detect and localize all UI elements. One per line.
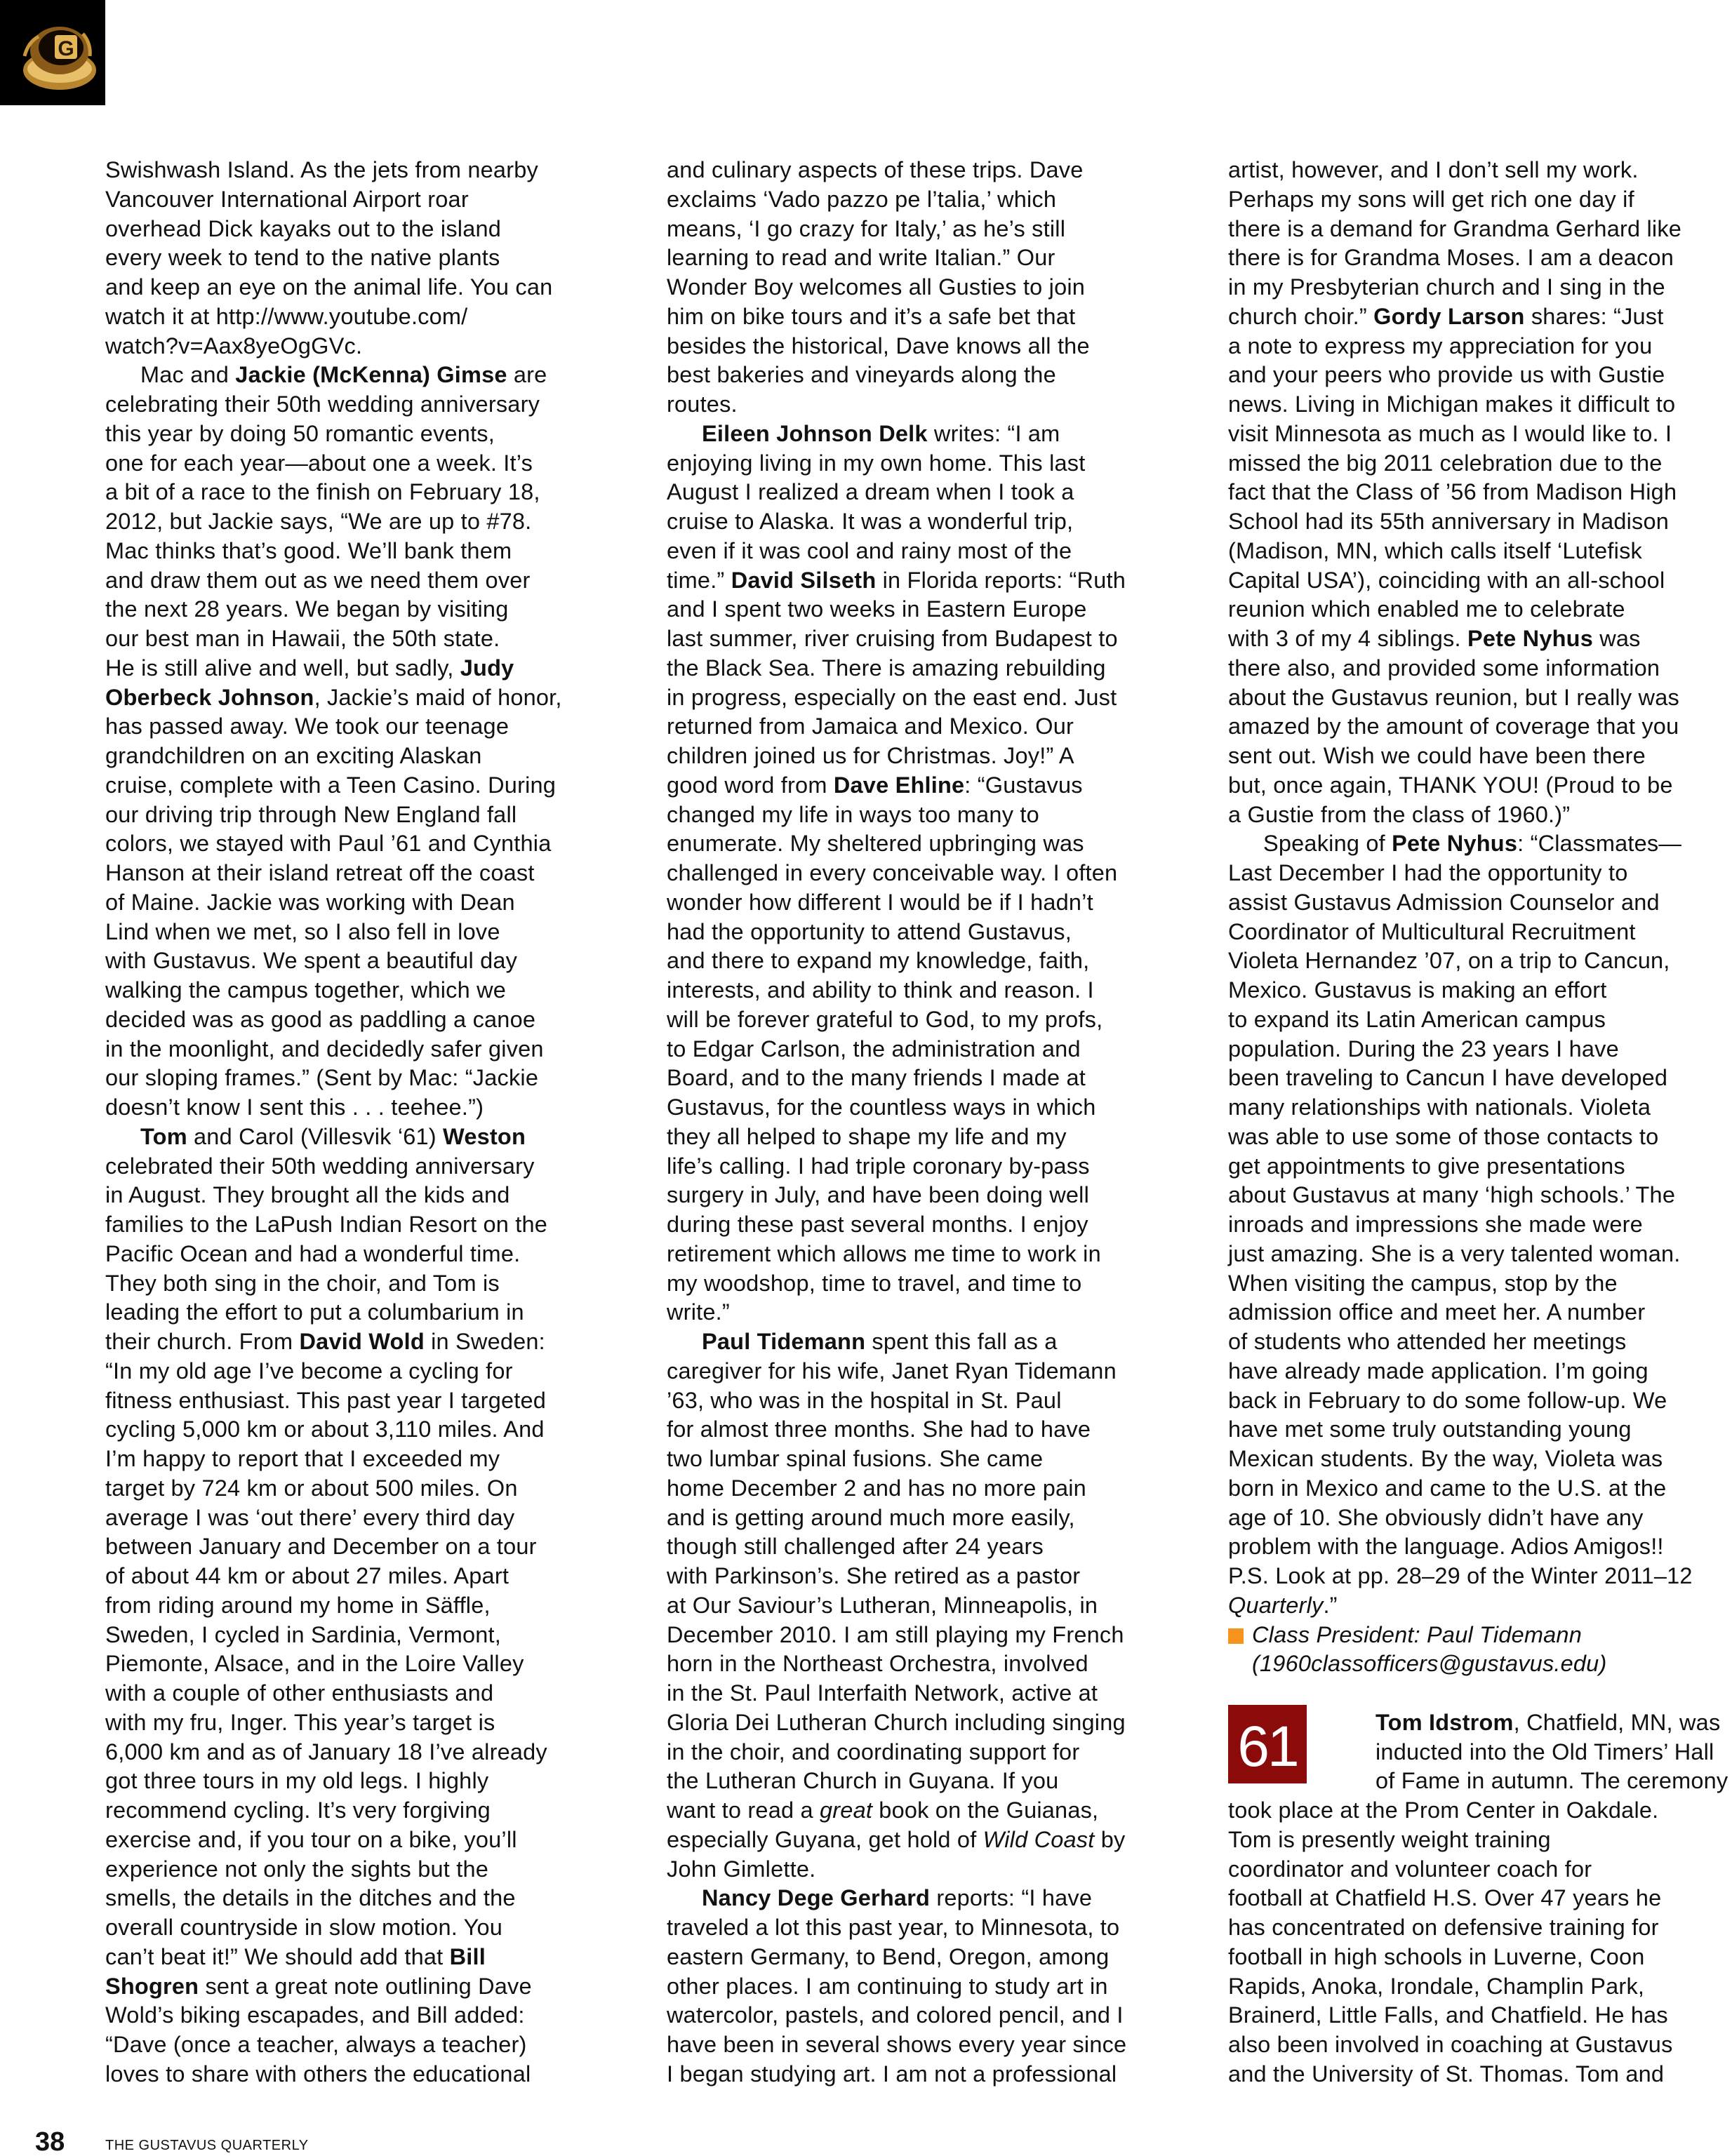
body-text: with 3 of my 4 siblings.	[1228, 626, 1467, 651]
body-text: changed my life in ways too many to	[667, 802, 1039, 827]
body-text: ’63, who was in the hospital in St. Paul	[667, 1388, 1062, 1413]
text-line: average I was ‘out there’ every third da…	[105, 1504, 625, 1533]
body-text: exercise and, if you tour on a bike, you…	[105, 1827, 517, 1852]
text-line: Tom is presently weight training	[1228, 1826, 1732, 1855]
person-name: Judy	[460, 655, 514, 681]
text-line: exercise and, if you tour on a bike, you…	[105, 1826, 625, 1855]
person-name: Tom	[140, 1124, 187, 1149]
body-text: are	[507, 362, 547, 387]
text-line: and there to expand my knowledge, faith,	[667, 946, 1186, 976]
body-text: I’m happy to report that I exceeded my	[105, 1446, 500, 1471]
body-text: our best man in Hawaii, the 50th state.	[105, 626, 500, 651]
body-text: 6,000 km and as of January 18 I’ve alrea…	[105, 1739, 547, 1765]
text-line: other places. I am continuing to study a…	[667, 1972, 1186, 2002]
text-line: Sweden, I cycled in Sardinia, Vermont,	[105, 1621, 625, 1650]
text-line: their church. From David Wold in Sweden:	[105, 1327, 625, 1357]
text-line: He is still alive and well, but sadly, J…	[105, 654, 625, 683]
person-name: Nancy Dege Gerhard	[702, 1885, 930, 1910]
text-line: every week to tend to the native plants	[105, 243, 625, 273]
body-text: returned from Jamaica and Mexico. Our	[667, 714, 1074, 739]
text-line: my woodshop, time to travel, and time to	[667, 1269, 1186, 1299]
body-text: Rapids, Anoka, Irondale, Champlin Park,	[1228, 1974, 1644, 1999]
text-line: admission office and meet her. A number	[1228, 1298, 1732, 1327]
body-text: the next 28 years. We began by visiting	[105, 596, 508, 622]
text-line: there is a demand for Grandma Gerhard li…	[1228, 215, 1732, 244]
body-text: age of 10. She obviously didn’t have any	[1228, 1505, 1644, 1530]
text-line: overhead Dick kayaks out to the island	[105, 215, 625, 244]
body-text: from riding around my home in Säffle,	[105, 1593, 491, 1618]
body-text: reports: “I have	[930, 1885, 1092, 1910]
body-text: Board, and to the many friends I made at	[667, 1065, 1086, 1090]
text-line: watercolor, pastels, and colored pencil,…	[667, 2001, 1186, 2030]
text-line: learning to read and write Italian.” Our	[667, 243, 1186, 273]
body-text: Gloria Dei Lutheran Church including sin…	[667, 1710, 1126, 1735]
body-text: between January and December on a tour	[105, 1534, 537, 1559]
body-text: sent a great note outlining Dave	[199, 1974, 532, 1999]
body-text: best bakeries and vineyards along the	[667, 362, 1056, 387]
person-name: Bill	[450, 1944, 486, 1969]
body-text: smells, the details in the ditches and t…	[105, 1885, 516, 1910]
text-line: Nancy Dege Gerhard reports: “I have	[667, 1884, 1186, 1913]
text-line: there is for Grandma Moses. I am a deaco…	[1228, 243, 1732, 273]
text-line: in the choir, and coordinating support f…	[667, 1738, 1186, 1767]
text-line: doesn’t know I sent this . . . teehee.”)	[105, 1093, 625, 1123]
text-line: of students who attended her meetings	[1228, 1327, 1732, 1357]
text-line: had the opportunity to attend Gustavus,	[667, 918, 1186, 947]
body-text: a note to express my appreciation for yo…	[1228, 333, 1652, 359]
text-line: Class President: Paul Tidemann	[1228, 1621, 1732, 1650]
text-line: last summer, river cruising from Budapes…	[667, 624, 1186, 654]
body-text: grandchildren on an exciting Alaskan	[105, 743, 482, 768]
text-line: besides the historical, Dave knows all t…	[667, 332, 1186, 361]
body-text: Capital USA’), coinciding with an all-sc…	[1228, 568, 1665, 593]
text-line: cruise to Alaska. It was a wonderful tri…	[667, 507, 1186, 537]
text-line: decided was as good as paddling a canoe	[105, 1005, 625, 1035]
body-text: Hanson at their island retreat off the c…	[105, 860, 535, 885]
body-text: has passed away. We took our teenage	[105, 714, 509, 739]
text-line: age of 10. She obviously didn’t have any	[1228, 1504, 1732, 1533]
text-line: to Edgar Carlson, the administration and	[667, 1035, 1186, 1064]
body-text: assist Gustavus Admission Counselor and	[1228, 890, 1660, 915]
text-line: I’m happy to report that I exceeded my	[105, 1445, 625, 1474]
body-text: watercolor, pastels, and colored pencil,…	[667, 2002, 1124, 2028]
body-text: has concentrated on defensive training f…	[1228, 1915, 1659, 1940]
text-line: grandchildren on an exciting Alaskan	[105, 742, 625, 771]
text-line: Wold’s biking escapades, and Bill added:	[105, 2001, 625, 2030]
text-line: life’s calling. I had triple coronary by…	[667, 1152, 1186, 1181]
body-text: but, once again, THANK YOU! (Proud to be	[1228, 772, 1673, 798]
body-text: wonder how different I would be if I had…	[667, 890, 1093, 915]
text-line: interests, and ability to think and reas…	[667, 976, 1186, 1005]
text-line: fitness enthusiast. This past year I tar…	[105, 1386, 625, 1416]
text-line: got three tours in my old legs. I highly	[105, 1767, 625, 1796]
text-line: with 3 of my 4 siblings. Pete Nyhus was	[1228, 624, 1732, 654]
text-line: the Black Sea. There is amazing rebuildi…	[667, 654, 1186, 683]
text-line: families to the LaPush Indian Resort on …	[105, 1210, 625, 1240]
text-line: Brainerd, Little Falls, and Chatfield. H…	[1228, 2001, 1732, 2030]
text-line: and draw them out as we need them over	[105, 566, 625, 596]
text-line: church choir.” Gordy Larson shares: “Jus…	[1228, 302, 1732, 332]
body-text: about Gustavus at many ‘high schools.’ T…	[1228, 1182, 1675, 1207]
body-text: Lind when we met, so I also fell in love	[105, 919, 500, 944]
body-text: good word from	[667, 772, 834, 798]
text-line: in progress, especially on the east end.…	[667, 683, 1186, 713]
text-line: caregiver for his wife, Janet Ryan Tidem…	[667, 1357, 1186, 1386]
text-line: Shogren sent a great note outlining Dave	[105, 1972, 625, 2002]
body-text: Perhaps my sons will get rich one day if	[1228, 187, 1634, 212]
body-text: with my fru, Inger. This year’s target i…	[105, 1710, 495, 1735]
body-text: life’s calling. I had triple coronary by…	[667, 1153, 1090, 1179]
body-text: .”	[1323, 1593, 1337, 1618]
text-line: time.” David Silseth in Florida reports:…	[667, 566, 1186, 596]
text-line: this year by doing 50 romantic events,	[105, 420, 625, 449]
text-line: “In my old age I’ve become a cycling for	[105, 1357, 625, 1386]
text-line: Speaking of Pete Nyhus: “Classmates—	[1228, 829, 1732, 859]
body-text: watch?v=Aax8yeOgGVc.	[105, 333, 362, 359]
person-name: Pete Nyhus	[1392, 831, 1517, 856]
text-line: in my Presbyterian church and I sing in …	[1228, 273, 1732, 302]
person-name: Tom Idstrom	[1375, 1710, 1514, 1735]
text-line: celebrated their 50th wedding anniversar…	[105, 1152, 625, 1181]
body-text: and your peers who provide us with Gusti…	[1228, 362, 1665, 387]
body-text: When visiting the campus, stop by the	[1228, 1271, 1618, 1296]
body-text: routes.	[667, 391, 738, 417]
text-line: best bakeries and vineyards along the	[667, 361, 1186, 390]
text-line: celebrating their 50th wedding anniversa…	[105, 390, 625, 420]
body-text: (Madison, MN, which calls itself ‘Lutefi…	[1228, 538, 1642, 563]
svg-text:G: G	[58, 37, 74, 60]
text-line: loves to share with others the education…	[105, 2060, 625, 2089]
text-line: cruise, complete with a Teen Casino. Dur…	[105, 771, 625, 801]
text-line: our best man in Hawaii, the 50th state.	[105, 624, 625, 654]
body-text: to Edgar Carlson, the administration and	[667, 1036, 1081, 1062]
text-line: returned from Jamaica and Mexico. Our	[667, 712, 1186, 742]
body-text: to expand its Latin American campus	[1228, 1007, 1606, 1032]
text-line: the Lutheran Church in Guyana. If you	[667, 1767, 1186, 1796]
body-text: artist, however, and I don’t sell my wor…	[1228, 157, 1639, 182]
body-text: Sweden, I cycled in Sardinia, Vermont,	[105, 1622, 501, 1647]
body-text: every week to tend to the native plants	[105, 245, 500, 270]
body-text: during these past several months. I enjo…	[667, 1212, 1088, 1237]
text-line: with my fru, Inger. This year’s target i…	[105, 1708, 625, 1738]
text-line: between January and December on a tour	[105, 1532, 625, 1562]
text-line: Gustavus, for the countless ways in whic…	[667, 1093, 1186, 1123]
body-text: fitness enthusiast. This past year I tar…	[105, 1388, 546, 1413]
body-text: this year by doing 50 romantic events,	[105, 421, 495, 446]
body-text: learning to read and write Italian.” Our	[667, 245, 1055, 270]
body-text: overall countryside in slow motion. You	[105, 1915, 502, 1940]
text-line: football at Chatfield H.S. Over 47 years…	[1228, 1884, 1732, 1913]
text-line: problem with the language. Adios Amigos!…	[1228, 1532, 1732, 1562]
text-line: August I realized a dream when I took a	[667, 478, 1186, 507]
text-line: in August. They brought all the kids and	[105, 1181, 625, 1210]
body-text: “Dave (once a teacher, always a teacher)	[105, 2032, 527, 2057]
text-line: assist Gustavus Admission Counselor and	[1228, 888, 1732, 918]
person-name: David Silseth	[731, 568, 877, 593]
text-line: about the Gustavus reunion, but I really…	[1228, 683, 1732, 713]
body-text: They both sing in the choir, and Tom is	[105, 1271, 500, 1296]
text-line: watch?v=Aax8yeOgGVc.	[105, 332, 625, 361]
body-text: amazed by the amount of coverage that yo…	[1228, 714, 1679, 739]
body-text: write.”	[667, 1299, 730, 1325]
body-text: a Gustie from the class of 1960.)”	[1228, 802, 1570, 827]
body-text: experience not only the sights but the	[105, 1856, 488, 1882]
text-line: have already made application. I’m going	[1228, 1357, 1732, 1386]
text-line: Quarterly.”	[1228, 1591, 1732, 1621]
body-text: Mexican students. By the way, Violeta wa…	[1228, 1446, 1663, 1471]
person-name: Eileen Johnson Delk	[702, 421, 928, 446]
body-text: interests, and ability to think and reas…	[667, 977, 1094, 1003]
body-text: just amazing. She is a very talented wom…	[1228, 1241, 1680, 1266]
text-line: a Gustie from the class of 1960.)”	[1228, 801, 1732, 830]
body-text: walking the campus together, which we	[105, 977, 506, 1003]
text-line: sent out. Wish we could have been there	[1228, 742, 1732, 771]
text-line: enumerate. My sheltered upbringing was	[667, 829, 1186, 859]
body-text: enumerate. My sheltered upbringing was	[667, 831, 1084, 856]
text-line: even if it was cool and rainy most of th…	[667, 537, 1186, 566]
text-line: watch it at http://www.youtube.com/	[105, 302, 625, 332]
text-line: inroads and impressions she made were	[1228, 1210, 1732, 1240]
text-line: can’t beat it!” We should add that Bill	[105, 1943, 625, 1972]
text-line: reunion which enabled me to celebrate	[1228, 595, 1732, 624]
text-line: one for each year—about one a week. It’s	[105, 449, 625, 478]
body-text: got three tours in my old legs. I highly	[105, 1768, 488, 1793]
body-text: been traveling to Cancun I have develope…	[1228, 1065, 1667, 1090]
body-text: for almost three months. She had to have	[667, 1417, 1091, 1442]
text-line: Piemonte, Alsace, and in the Loire Valle…	[105, 1649, 625, 1679]
body-text: colors, we stayed with Paul ’61 and Cynt…	[105, 831, 551, 856]
body-text: cruise to Alaska. It was a wonderful tri…	[667, 509, 1073, 534]
body-text: watch it at http://www.youtube.com/	[105, 304, 467, 329]
body-text: their church. From	[105, 1329, 300, 1354]
text-line: and is getting around much more easily,	[667, 1504, 1186, 1533]
text-line: walking the campus together, which we	[105, 976, 625, 1005]
text-line: of about 44 km or about 27 miles. Apart	[105, 1562, 625, 1591]
body-text: of about 44 km or about 27 miles. Apart	[105, 1563, 509, 1588]
text-line: Perhaps my sons will get rich one day if	[1228, 185, 1732, 215]
body-text: had the opportunity to attend Gustavus,	[667, 919, 1072, 944]
text-line: target by 724 km or about 500 miles. On	[105, 1474, 625, 1504]
body-text: coordinator and volunteer coach for	[1228, 1856, 1592, 1882]
body-text: with Gustavus. We spent a beautiful day	[105, 948, 517, 973]
person-name: Shogren	[105, 1974, 199, 1999]
text-line: cycling 5,000 km or about 3,110 miles. A…	[105, 1415, 625, 1445]
text-line: in the moonlight, and decidedly safer gi…	[105, 1035, 625, 1064]
text-line: overall countryside in slow motion. You	[105, 1913, 625, 1943]
body-text: Violeta Hernandez ’07, on a trip to Canc…	[1228, 948, 1670, 973]
text-line: 2012, but Jackie says, “We are up to #78…	[105, 507, 625, 537]
body-text: and keep an eye on the animal life. You …	[105, 274, 552, 300]
square-bullet-icon	[1228, 1628, 1244, 1644]
body-text: about the Gustavus reunion, but I really…	[1228, 685, 1679, 710]
body-text: especially Guyana, get hold of	[667, 1827, 983, 1852]
text-line: have been in several shows every year si…	[667, 2030, 1186, 2060]
text-line: children joined us for Christmas. Joy!” …	[667, 742, 1186, 771]
text-line: and keep an eye on the animal life. You …	[105, 273, 625, 302]
body-text: School had its 55th anniversary in Madis…	[1228, 509, 1669, 534]
text-line: fact that the Class of ’56 from Madison …	[1228, 478, 1732, 507]
body-text: “In my old age I’ve become a cycling for	[105, 1358, 513, 1384]
text-line: routes.	[667, 390, 1186, 420]
body-text: get appointments to give presentations	[1228, 1153, 1625, 1179]
body-text: doesn’t know I sent this . . . teehee.”)	[105, 1094, 484, 1120]
body-text: Swishwash Island. As the jets from nearb…	[105, 157, 538, 182]
text-line: of Maine. Jackie was working with Dean	[105, 888, 625, 918]
text-line: colors, we stayed with Paul ’61 and Cynt…	[105, 829, 625, 859]
text-line: Board, and to the many friends I made at	[667, 1064, 1186, 1093]
body-text: book on the Guianas,	[872, 1797, 1098, 1823]
body-text: other places. I am continuing to study a…	[667, 1974, 1108, 1999]
body-text: my woodshop, time to travel, and time to	[667, 1271, 1081, 1296]
body-text: want to read a	[667, 1797, 820, 1823]
body-text: John Gimlette.	[667, 1856, 815, 1882]
body-text: our driving trip through New England fal…	[105, 802, 517, 827]
body-text: inroads and impressions she made were	[1228, 1212, 1643, 1237]
text-line: population. During the 23 years I have	[1228, 1035, 1732, 1064]
body-text: of students who attended her meetings	[1228, 1329, 1627, 1354]
body-text: visit Minnesota as much as I would like …	[1228, 421, 1672, 446]
text-line: December 2010. I am still playing my Fre…	[667, 1621, 1186, 1650]
italic-text: great	[820, 1797, 872, 1823]
text-line: ’63, who was in the hospital in St. Paul	[667, 1386, 1186, 1416]
text-line: Violeta Hernandez ’07, on a trip to Canc…	[1228, 946, 1732, 976]
body-text: Brainerd, Little Falls, and Chatfield. H…	[1228, 2002, 1668, 2028]
text-line: with Parkinson’s. She retired as a pasto…	[667, 1562, 1186, 1591]
column-1: Swishwash Island. As the jets from nearb…	[105, 156, 625, 2089]
person-name: Dave Ehline	[834, 772, 964, 798]
body-text: recommend cycling. It’s very forgiving	[105, 1797, 491, 1823]
text-line: a bit of a race to the finish on Februar…	[105, 478, 625, 507]
body-text: and there to expand my knowledge, faith,	[667, 948, 1089, 973]
text-line: him on bike tours and it’s a safe bet th…	[667, 302, 1186, 332]
person-name: Jackie (McKenna) Gimse	[235, 362, 507, 387]
body-text: Pacific Ocean and had a wonderful time.	[105, 1241, 520, 1266]
body-text: , Jackie’s maid of honor,	[314, 685, 562, 710]
body-text: they all helped to shape my life and my	[667, 1124, 1067, 1149]
text-line: challenged in every conceivable way. I o…	[667, 859, 1186, 888]
text-line: visit Minnesota as much as I would like …	[1228, 420, 1732, 449]
body-text: shares: “Just	[1525, 304, 1664, 329]
body-text: in the choir, and coordinating support f…	[667, 1739, 1079, 1765]
text-line: Wonder Boy welcomes all Gusties to join	[667, 273, 1186, 302]
body-text: and culinary aspects of these trips. Dav…	[667, 157, 1084, 182]
body-text: Wonder Boy welcomes all Gusties to join	[667, 274, 1085, 300]
body-text: target by 724 km or about 500 miles. On	[105, 1475, 518, 1501]
body-text: home December 2 and has no more pain	[667, 1475, 1086, 1501]
text-line: leading the effort to put a columbarium …	[105, 1298, 625, 1327]
text-line: and I spent two weeks in Eastern Europe	[667, 595, 1186, 624]
body-text: in the moonlight, and decidedly safer gi…	[105, 1036, 544, 1062]
body-text: loves to share with others the education…	[105, 2061, 531, 2087]
text-line: 6,000 km and as of January 18 I’ve alrea…	[105, 1738, 625, 1767]
body-text: have already made application. I’m going	[1228, 1358, 1648, 1384]
body-text: in the St. Paul Interfaith Network, acti…	[667, 1680, 1098, 1706]
body-text: the Black Sea. There is amazing rebuildi…	[667, 655, 1106, 681]
person-name: David Wold	[300, 1329, 425, 1354]
text-line: want to read a great book on the Guianas…	[667, 1796, 1186, 1826]
text-line: just amazing. She is a very talented wom…	[1228, 1240, 1732, 1269]
text-line: Eileen Johnson Delk writes: “I am	[667, 420, 1186, 449]
body-text: population. During the 23 years I have	[1228, 1036, 1619, 1062]
body-text: Mac and	[140, 362, 235, 387]
text-line: Mexican students. By the way, Violeta wa…	[1228, 1445, 1732, 1474]
body-text: of Fame in autumn. The ceremony	[1375, 1768, 1728, 1793]
class-year-badge: 61	[1228, 1705, 1307, 1783]
body-text: though still challenged after 24 years	[667, 1534, 1044, 1559]
text-line: and your peers who provide us with Gusti…	[1228, 361, 1732, 390]
person-name: Gordy Larson	[1373, 304, 1525, 329]
text-line: Hanson at their island retreat off the c…	[105, 859, 625, 888]
text-line: School had its 55th anniversary in Madis…	[1228, 507, 1732, 537]
body-text: inducted into the Old Timers’ Hall	[1375, 1739, 1714, 1765]
body-text: our sloping frames.” (Sent by Mac: “Jack…	[105, 1065, 538, 1090]
text-line: They both sing in the choir, and Tom is	[105, 1269, 625, 1299]
body-text: Piemonte, Alsace, and in the Loire Valle…	[105, 1651, 524, 1676]
body-text: Mexico. Gustavus is making an effort	[1228, 977, 1606, 1003]
body-text: spent this fall as a	[865, 1329, 1057, 1354]
body-text: there is a demand for Grandma Gerhard li…	[1228, 216, 1681, 241]
body-text: there is for Grandma Moses. I am a deaco…	[1228, 245, 1674, 270]
text-line: amazed by the amount of coverage that yo…	[1228, 712, 1732, 742]
text-line: for almost three months. She had to have	[667, 1415, 1186, 1445]
text-line: surgery in July, and have been doing wel…	[667, 1181, 1186, 1210]
column-3: artist, however, and I don’t sell my wor…	[1228, 156, 1732, 2089]
text-line: the next 28 years. We began by visiting	[105, 595, 625, 624]
body-text: Mac thinks that’s good. We’ll bank them	[105, 538, 512, 563]
body-text: born in Mexico and came to the U.S. at t…	[1228, 1475, 1666, 1501]
text-line: coordinator and volunteer coach for	[1228, 1855, 1732, 1884]
class-ring-logo: G	[0, 0, 105, 105]
text-line: get appointments to give presentations	[1228, 1152, 1732, 1181]
body-text: two lumbar spinal fusions. She came	[667, 1446, 1043, 1471]
body-text: families to the LaPush Indian Resort on …	[105, 1212, 547, 1237]
text-line: many relationships with nationals. Viole…	[1228, 1093, 1732, 1123]
body-text: have been in several shows every year si…	[667, 2032, 1126, 2057]
text-line: our sloping frames.” (Sent by Mac: “Jack…	[105, 1064, 625, 1093]
text-line: in the St. Paul Interfaith Network, acti…	[667, 1679, 1186, 1708]
text-line: Oberbeck Johnson, Jackie’s maid of honor…	[105, 683, 625, 713]
body-text: : “Gustavus	[964, 772, 1082, 798]
body-text: besides the historical, Dave knows all t…	[667, 333, 1090, 359]
text-line: good word from Dave Ehline: “Gustavus	[667, 771, 1186, 801]
column-2: and culinary aspects of these trips. Dav…	[667, 156, 1186, 2089]
text-line: to expand its Latin American campus	[1228, 1005, 1732, 1035]
text-line: during these past several months. I enjo…	[667, 1210, 1186, 1240]
body-text: was able to use some of those contacts t…	[1228, 1124, 1658, 1149]
body-text: celebrated their 50th wedding anniversar…	[105, 1153, 535, 1179]
body-text: caregiver for his wife, Janet Ryan Tidem…	[667, 1358, 1117, 1384]
body-text: of Maine. Jackie was working with Dean	[105, 890, 515, 915]
body-text: cruise, complete with a Teen Casino. Dur…	[105, 772, 556, 798]
text-line: there also, and provided some informatio…	[1228, 654, 1732, 683]
body-text: I began studying art. I am not a profess…	[667, 2061, 1117, 2087]
text-line: eastern Germany, to Bend, Oregon, among	[667, 1943, 1186, 1972]
body-text: admission office and meet her. A number	[1228, 1299, 1645, 1325]
body-text: celebrating their 50th wedding anniversa…	[105, 391, 540, 417]
body-text: in Florida reports: “Ruth	[876, 568, 1126, 593]
body-text: in progress, especially on the east end.…	[667, 685, 1117, 710]
text-line: smells, the details in the ditches and t…	[105, 1884, 625, 1913]
body-text: exclaims ‘Vado pazzo pe l’talia,’ which	[667, 187, 1056, 212]
body-text: football at Chatfield H.S. Over 47 years…	[1228, 1885, 1661, 1910]
body-text: Gustavus, for the countless ways in whic…	[667, 1094, 1096, 1120]
text-line: and culinary aspects of these trips. Dav…	[667, 156, 1186, 185]
body-text: sent out. Wish we could have been there	[1228, 743, 1646, 768]
text-line: took place at the Prom Center in Oakdale…	[1228, 1796, 1732, 1826]
text-line: write.”	[667, 1298, 1186, 1327]
text-line: Mexico. Gustavus is making an effort	[1228, 976, 1732, 1005]
body-text: him on bike tours and it’s a safe bet th…	[667, 304, 1075, 329]
